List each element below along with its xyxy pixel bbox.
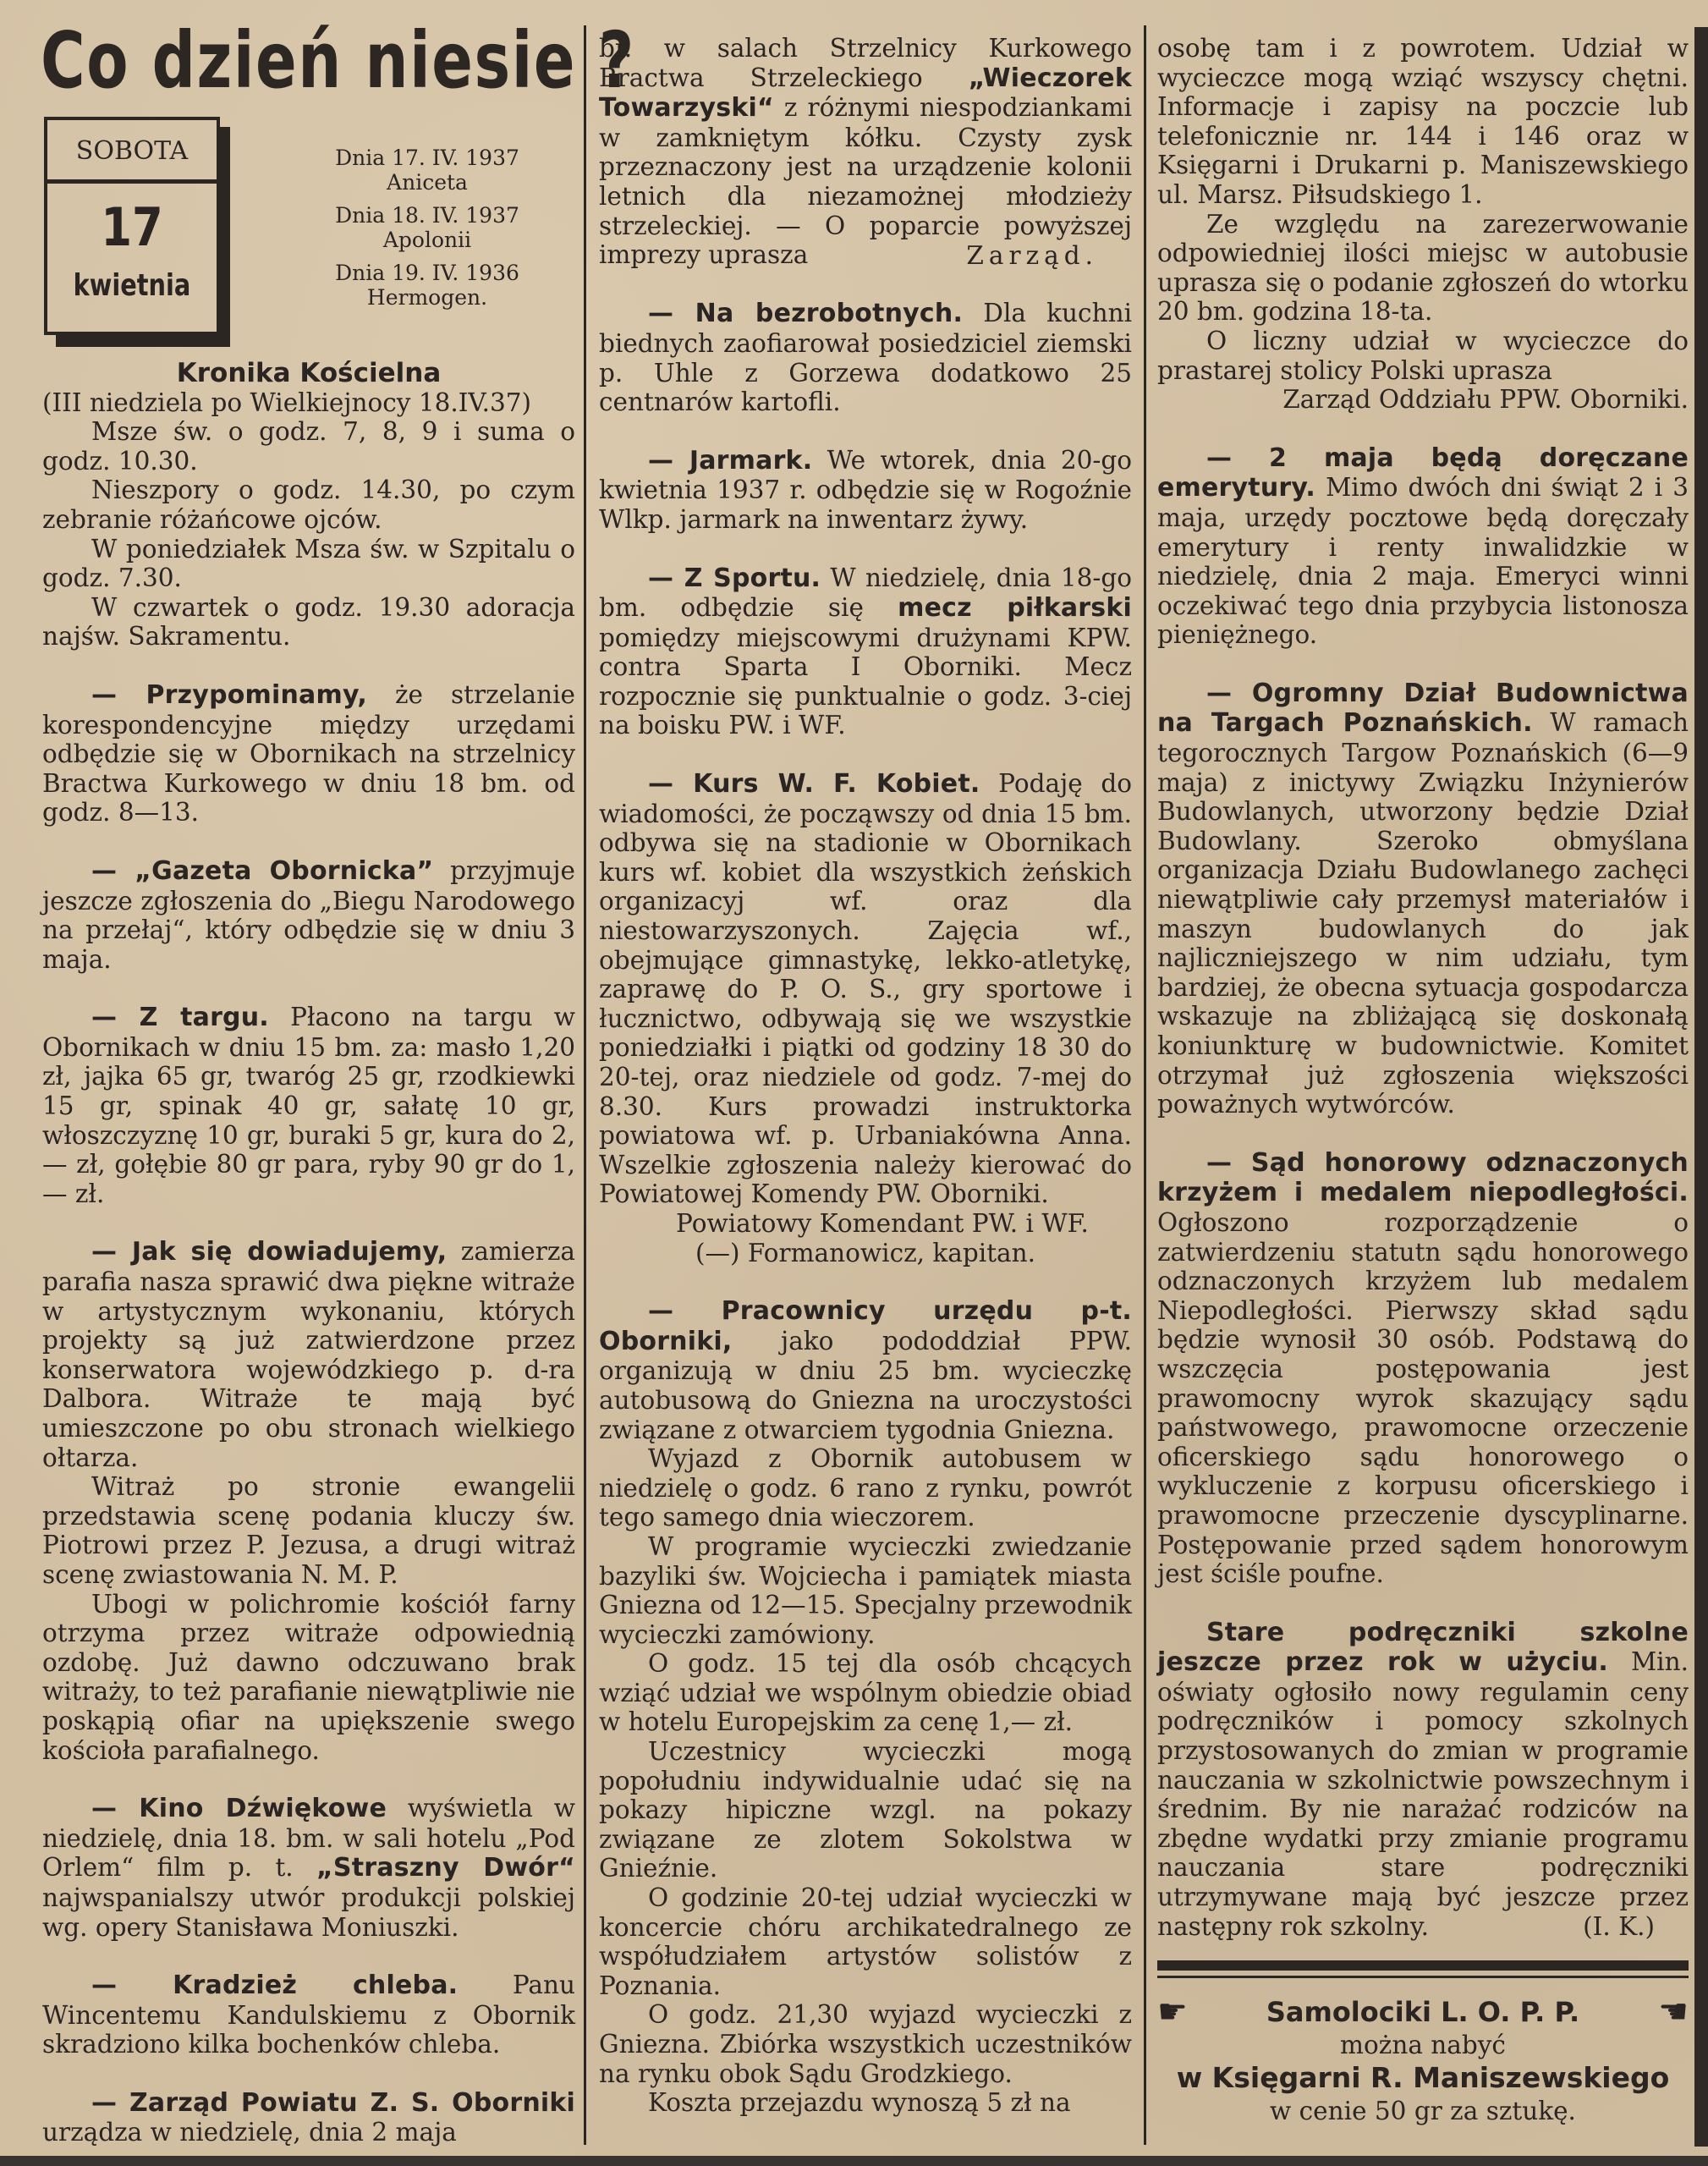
nameday-date: Dnia 19. IV. 1936 bbox=[288, 261, 567, 285]
article-headline: — „Gazeta Obornicka” bbox=[91, 856, 433, 886]
pointing-hand-left-icon: ☚ bbox=[1658, 1995, 1689, 2029]
article-z-targu: — Z targu. Płacono na targu w Obornikach… bbox=[42, 1003, 575, 1208]
ad-divider bbox=[1157, 1976, 1689, 1978]
film-title: „Straszny Dwór“ bbox=[316, 1853, 575, 1883]
nameday-item: Dnia 17. IV. 1937 Aniceta bbox=[288, 146, 567, 195]
ad-title-row: ☛ Samolociki L. O. P. P. ☚ bbox=[1157, 1993, 1689, 2031]
article-paragraph: Ze względu na zarezerwowanie odpowiednie… bbox=[1157, 210, 1689, 327]
article-kradziez: — Kradzież chleba. Panu Wincentemu Kandu… bbox=[42, 1971, 575, 2059]
article-paragraph: O godz. 15 tej dla osób chcących wziąć u… bbox=[599, 1649, 1132, 1737]
article-headline: — Kino Dźwiękowe bbox=[91, 1794, 387, 1823]
kronika-subtitle: (III niedziela po Wielkiejnocy 18.IV.37) bbox=[42, 388, 575, 418]
article-bezrobotni: — Na bezrobotnych. Dla kuchni biednych z… bbox=[599, 299, 1132, 416]
article-paragraph: Ubogi w polichromie kościół farny otrzym… bbox=[42, 1590, 575, 1766]
nameday-item: Dnia 18. IV. 1937 Apolonii bbox=[288, 203, 567, 252]
article-jarmark: — Jarmark. We wtorek, dnia 20-go kwietni… bbox=[599, 446, 1132, 535]
article-body: Płacono na targu w Obornikach w dniu 15 … bbox=[42, 1003, 575, 1208]
kronika-heading: Kronika Kościelna bbox=[42, 359, 575, 388]
article-headline: — Jak się dowiadujemy, bbox=[91, 1237, 447, 1267]
kronika-paragraph: Msze św. o godz. 7, 8, 9 i suma o godz. … bbox=[42, 417, 575, 476]
article-paragraph: O liczny udział w wycieczce do prastarej… bbox=[1157, 327, 1689, 385]
article-sport: — Z Sportu. W niedzielę, dnia 18-go bm. … bbox=[599, 563, 1132, 741]
column-right: osobę tam i z powrotem. Udział w wyciecz… bbox=[1157, 34, 1689, 2126]
article-paragraph: Uczestnicy wycieczki mogą popołudniu ind… bbox=[599, 1737, 1132, 1883]
article-headline: — Przypominamy, bbox=[91, 680, 367, 710]
ad-line: można nabyć bbox=[1157, 2031, 1689, 2060]
article-headline: — Na bezrobotnych. bbox=[648, 299, 963, 328]
article-headline: — Kurs W. F. Kobiet. bbox=[648, 769, 980, 799]
column-rule-right bbox=[1144, 25, 1146, 2145]
namedays-list: Dnia 17. IV. 1937 Aniceta Dnia 18. IV. 1… bbox=[288, 146, 567, 318]
article-wieczorek: br. w salach Strzelnicy Kurkowego Bractw… bbox=[599, 34, 1132, 270]
article-budownictwo: — Ogromny Dział Budownictwa na Targach P… bbox=[1157, 679, 1689, 1119]
article-headline: — Jarmark. bbox=[648, 446, 812, 476]
article-headline: — Z Sportu. bbox=[648, 563, 821, 593]
kronika-paragraph: W czwartek o godz. 19.30 adoracja najśw.… bbox=[42, 593, 575, 651]
column-rule-left bbox=[584, 25, 586, 2145]
article-paragraph: Wyjazd z Obornik autobusem w niedzielę o… bbox=[599, 1444, 1132, 1532]
nameday-name: Apolonii bbox=[288, 228, 567, 252]
article-headline: — Zarząd Powiatu Z. S. Oborniki bbox=[91, 2088, 575, 2118]
signature: Zarząd Oddziału PPW. Oborniki. bbox=[1157, 385, 1689, 415]
column-left: Kronika Kościelna (III niedziela po Wiel… bbox=[42, 359, 575, 2147]
article-body: zamierza parafia nasza sprawić dwa piękn… bbox=[42, 1237, 575, 1471]
article-pracownicy: — Pracownicy urzędu p-t. Oborniki, jako … bbox=[599, 1296, 1132, 1444]
newspaper-page: Co dzień niesie ? SOBOTA 17 kwietnia Dni… bbox=[0, 0, 1708, 2166]
article-przypominamy: — Przypominamy, że strzelanie koresponde… bbox=[42, 680, 575, 827]
article-paragraph: W programie wycieczki zwiedzanie bazylik… bbox=[599, 1532, 1132, 1649]
article-paragraph: O godzinie 20-tej udział wycieczki w kon… bbox=[599, 1883, 1132, 2000]
article-body: pomiędzy miejscowymi drużynami KPW. cont… bbox=[599, 624, 1132, 740]
calendar-month: kwietnia bbox=[64, 269, 200, 303]
ad-bookstore: w Księgarni R. Maniszewskiego bbox=[1157, 2059, 1689, 2097]
article-sad-honorowy: — Sąd honorowy odznaczonych krzyżem i me… bbox=[1157, 1148, 1689, 1589]
article-body: W ramach tegorocznych Targow Poznańskich… bbox=[1157, 708, 1689, 1119]
signature: (—) Formanowicz, kapitan. bbox=[599, 1239, 1132, 1268]
page-edge-rule bbox=[1694, 27, 1708, 2147]
article-body: Ogłoszono rozporządzenie o zatwierdzeniu… bbox=[1157, 1208, 1689, 1588]
article-headline: — Z targu. bbox=[91, 1003, 269, 1032]
article-headline: — Kradzież chleba. bbox=[91, 1971, 458, 2000]
signature: Powiatowy Komendant PW. i WF. bbox=[599, 1209, 1132, 1239]
article-paragraph: Witraż po stronie ewangelii przedstawia … bbox=[42, 1472, 575, 1589]
article-paragraph: O godz. 21,30 wyjazd wycieczki z Gniezna… bbox=[599, 2000, 1132, 2088]
article-dowiadujemy: — Jak się dowiadujemy, zamierza parafia … bbox=[42, 1237, 575, 1472]
article-headline: — Sąd honorowy odznaczonych krzyżem i me… bbox=[1157, 1148, 1689, 1208]
ad-price: w cenie 50 gr za sztukę. bbox=[1157, 2097, 1689, 2126]
article-emerytury: — 2 maja będą doręczane emerytury. Mimo … bbox=[1157, 443, 1689, 650]
nameday-name: Aniceta bbox=[288, 170, 567, 195]
bottom-rule bbox=[0, 2156, 1708, 2166]
article-podreczniki: Stare podręczniki szkolne jeszcze przez … bbox=[1157, 1618, 1689, 1942]
article-kurs: — Kurs W. F. Kobiet. Podaję do wiadomośc… bbox=[599, 769, 1132, 1209]
article-continuation: osobę tam i z powrotem. Udział w wyciecz… bbox=[1157, 34, 1689, 210]
calendar-day-number: 17 bbox=[60, 198, 204, 257]
article-kino: — Kino Dźwiękowe wyświetla w niedzielę, … bbox=[42, 1794, 575, 1942]
emphasis: mecz piłkarski bbox=[898, 593, 1132, 623]
advertisement: ☛ Samolociki L. O. P. P. ☚ można nabyć w… bbox=[1157, 1993, 1689, 2126]
article-body: najwspanialszy utwór produkcji polskiej … bbox=[42, 1883, 575, 1942]
calendar-block: SOBOTA 17 kwietnia bbox=[44, 117, 239, 352]
calendar-weekday: SOBOTA bbox=[47, 120, 217, 184]
kronika-paragraph: W poniedziałek Msza św. w Szpitalu o god… bbox=[42, 535, 575, 593]
masthead-title: Co dzień niesie ? bbox=[41, 19, 456, 103]
nameday-name: Hermogen. bbox=[288, 285, 567, 310]
article-body: Min. oświaty ogłosiło nowy regulamin cen… bbox=[1157, 1647, 1689, 1940]
kronika-paragraph: Nieszpory o godz. 14.30, po czym zebrani… bbox=[42, 476, 575, 534]
nameday-date: Dnia 17. IV. 1937 bbox=[288, 146, 567, 170]
calendar-box: SOBOTA 17 kwietnia bbox=[44, 117, 220, 335]
article-body: urządza w niedzielę, dnia 2 maja bbox=[42, 2118, 457, 2147]
ad-title: Samolociki L. O. P. P. bbox=[1266, 1993, 1579, 2031]
article-gazeta: — „Gazeta Obornicka” przyjmuje jeszcze z… bbox=[42, 856, 575, 974]
article-zarzad: — Zarząd Powiatu Z. S. Oborniki urządza … bbox=[42, 2088, 575, 2147]
nameday-date: Dnia 18. IV. 1937 bbox=[288, 203, 567, 228]
pointing-hand-right-icon: ☛ bbox=[1157, 1995, 1188, 2029]
column-middle: br. w salach Strzelnicy Kurkowego Bractw… bbox=[599, 34, 1132, 2118]
nameday-item: Dnia 19. IV. 1936 Hermogen. bbox=[288, 261, 567, 310]
article-body: Podaję do wiadomości, że począwszy od dn… bbox=[599, 769, 1132, 1208]
ad-divider bbox=[1157, 1960, 1689, 1971]
article-paragraph: Koszta przejazdu wynoszą 5 zł na bbox=[599, 2088, 1132, 2118]
